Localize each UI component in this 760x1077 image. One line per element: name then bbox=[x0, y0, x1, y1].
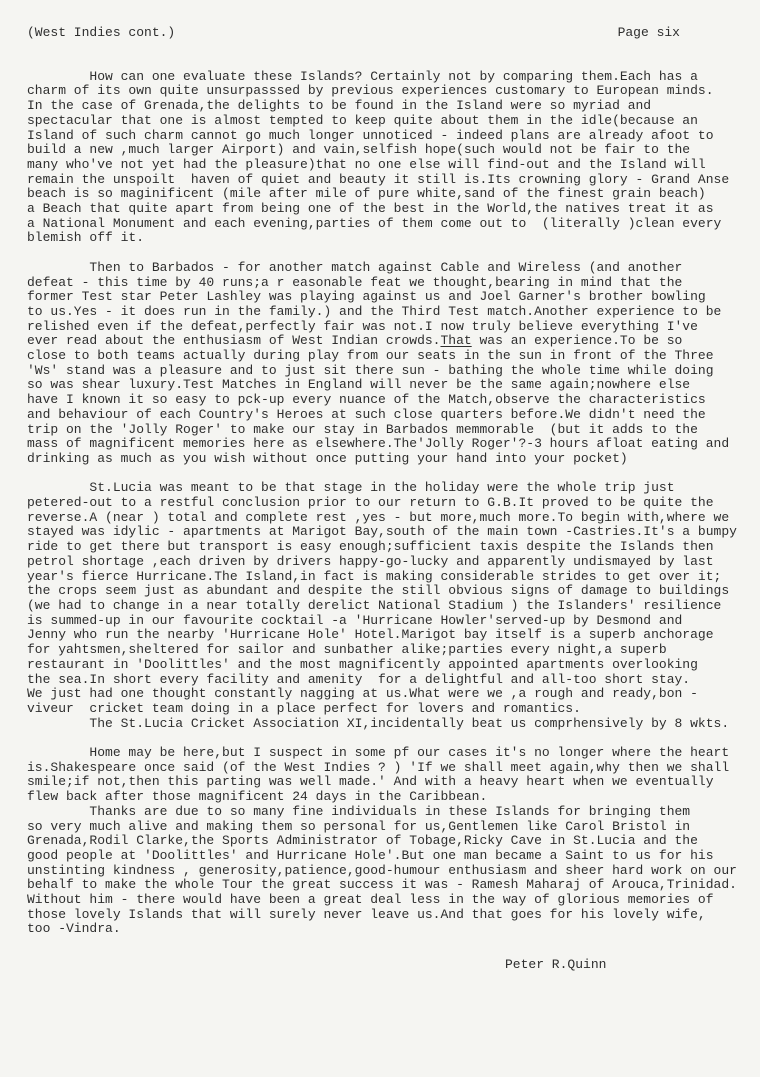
text-line: Grenada,Rodil Clarke,the Sports Administ… bbox=[27, 834, 736, 849]
text-line: so was shear luxury.Test Matches in Engl… bbox=[27, 378, 736, 393]
text-line: those lovely Islands that will surely ne… bbox=[27, 908, 736, 923]
text-line: flew back after those magnificent 24 day… bbox=[27, 790, 736, 805]
text-line: a Beach that quite apart from being one … bbox=[27, 202, 736, 217]
text-line: mass of magnificent memories here as els… bbox=[27, 437, 736, 452]
text-line: Island of such charm cannot go much long… bbox=[27, 129, 736, 144]
text-line: to us.Yes - it does run in the family.) … bbox=[27, 305, 736, 320]
text-line: unstinting kindness , generosity,patienc… bbox=[27, 864, 736, 879]
text-line: St.Lucia was meant to be that stage in t… bbox=[27, 481, 736, 496]
text-line: a National Monument and each evening,par… bbox=[27, 217, 736, 232]
text-line: drinking as much as you wish without onc… bbox=[27, 452, 736, 467]
text-line: stayed was idylic - apartments at Marigo… bbox=[27, 525, 736, 540]
text-line: relished even if the defeat,perfectly fa… bbox=[27, 320, 736, 335]
text-line: and behaviour of each Country's Heroes a… bbox=[27, 408, 736, 423]
text-line: trip on the 'Jolly Roger' to make our st… bbox=[27, 423, 736, 438]
text-line: Without him - there would have been a gr… bbox=[27, 893, 736, 908]
text-line: We just had one thought constantly naggi… bbox=[27, 687, 736, 702]
page-header: (West Indies cont.) Page six bbox=[27, 26, 736, 41]
text-line: blemish off it. bbox=[27, 231, 736, 246]
text-line: charm of its own quite unsurpasssed by p… bbox=[27, 84, 736, 99]
paragraph-1: How can one evaluate these Islands? Cert… bbox=[27, 70, 736, 246]
text-line: build a new ,much larger Airport) and va… bbox=[27, 143, 736, 158]
text-line: The St.Lucia Cricket Association XI,inci… bbox=[27, 717, 736, 732]
text-line: year's fierce Hurricane.The Island,in fa… bbox=[27, 570, 736, 585]
text-line: smile;if not,then this parting was well … bbox=[27, 775, 736, 790]
paragraph-2: Then to Barbados - for another match aga… bbox=[27, 261, 736, 467]
text-line: petrol shortage ,each driven by drivers … bbox=[27, 555, 736, 570]
text-line: the sea.In short every facility and amen… bbox=[27, 673, 736, 688]
typewritten-letter-page: (West Indies cont.) Page six How can one… bbox=[0, 0, 760, 1077]
text-line: Then to Barbados - for another match aga… bbox=[27, 261, 736, 276]
signature: Peter R.Quinn bbox=[27, 958, 736, 973]
text-line: How can one evaluate these Islands? Cert… bbox=[27, 70, 736, 85]
text-line: Thanks are due to so many fine individua… bbox=[27, 805, 736, 820]
paragraph-5: Thanks are due to so many fine individua… bbox=[27, 805, 736, 937]
text-line: good people at 'Doolittles' and Hurrican… bbox=[27, 849, 736, 864]
text-line: is summed-up in our favourite cocktail -… bbox=[27, 614, 736, 629]
text-line: have I known it so easy to pck-up every … bbox=[27, 393, 736, 408]
text-line: Jenny who run the nearby 'Hurricane Hole… bbox=[27, 628, 736, 643]
text-line: petered-out to a restful conclusion prio… bbox=[27, 496, 736, 511]
page-number: Page six bbox=[618, 26, 736, 41]
text-line: close to both teams actually during play… bbox=[27, 349, 736, 364]
text-line: In the case of Grenada,the delights to b… bbox=[27, 99, 736, 114]
text-line: viveur cricket team doing in a place per… bbox=[27, 702, 736, 717]
text-line: for yahtsmen,sheltered for sailor and su… bbox=[27, 643, 736, 658]
text-line: 'Ws' stand was a pleasure and to just si… bbox=[27, 364, 736, 379]
paragraph-3: St.Lucia was meant to be that stage in t… bbox=[27, 481, 736, 731]
paragraph-4: Home may be here,but I suspect in some p… bbox=[27, 746, 736, 805]
text-line: ride to get there but transport is easy … bbox=[27, 540, 736, 555]
letter-body: How can one evaluate these Islands? Cert… bbox=[27, 70, 736, 937]
text-line: (we had to change in a near totally dere… bbox=[27, 599, 736, 614]
text-line: the crops seem just as abundant and desp… bbox=[27, 584, 736, 599]
text-line: many who've not yet had the pleasure)tha… bbox=[27, 158, 736, 173]
text-line: behalf to make the whole Tour the great … bbox=[27, 878, 736, 893]
text-line: too -Vindra. bbox=[27, 922, 736, 937]
text-line: former Test star Peter Lashley was playi… bbox=[27, 290, 736, 305]
text-line: beach is so maginificent (mile after mil… bbox=[27, 187, 736, 202]
text-line: reverse.A (near ) total and complete res… bbox=[27, 511, 736, 526]
text-line: spectacular that one is almost tempted t… bbox=[27, 114, 736, 129]
text-line: defeat - this time by 40 runs;a r easona… bbox=[27, 276, 736, 291]
text-line: restaurant in 'Doolittles' and the most … bbox=[27, 658, 736, 673]
text-line: so very much alive and making them so pe… bbox=[27, 820, 736, 835]
text-line: Home may be here,but I suspect in some p… bbox=[27, 746, 736, 761]
text-line: is.Shakespeare once said (of the West In… bbox=[27, 761, 736, 776]
text-line: remain the unspoilt haven of quiet and b… bbox=[27, 173, 736, 188]
text-line: ever read about the enthusiasm of West I… bbox=[27, 334, 736, 349]
continuation-note: (West Indies cont.) bbox=[27, 26, 175, 41]
